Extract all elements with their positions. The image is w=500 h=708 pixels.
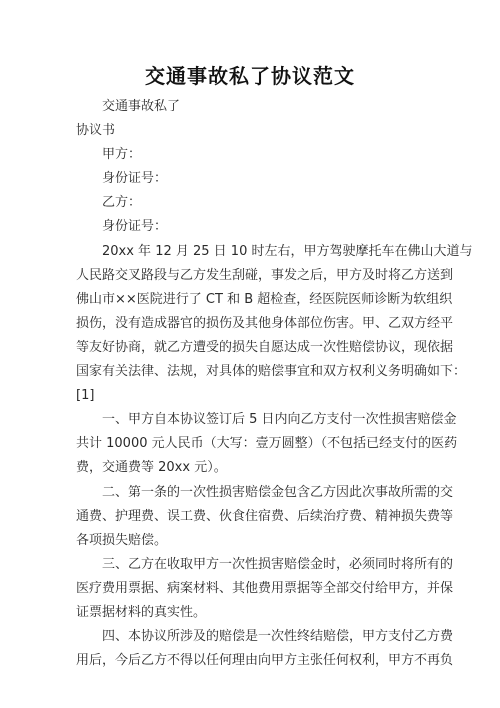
- clause-2-line: 各项损失赔偿。: [76, 529, 416, 553]
- party-b-id-label: 身份证号：: [76, 215, 416, 239]
- clause-4-line: 用后，今后乙方不得以任何理由向甲方主张任何权利，甲方不再负: [76, 649, 416, 673]
- clause-3-line: 证票据材料的真实性。: [76, 601, 416, 625]
- party-b-label: 乙方：: [76, 191, 416, 215]
- party-a-label: 甲方：: [76, 143, 416, 167]
- paragraph-line: 佛山市××医院进行了 CT 和 B 超检查，经医院医师诊断为软组织: [76, 288, 416, 312]
- clause-4-line: 四、本协议所涉及的赔偿是一次性终结赔偿，甲方支付乙方费: [76, 625, 416, 649]
- clause-3-line: 医疗费用票据、病案材料、其他费用票据等全部交付给甲方，并保: [76, 577, 416, 601]
- footnote-reference: [1]: [76, 384, 416, 408]
- clause-3-line: 三、乙方在收取甲方一次性损害赔偿金时，必须同时将所有的: [76, 553, 416, 577]
- paragraph-line: 等友好协商，就乙方遭受的损失自愿达成一次性赔偿协议，现依据: [76, 336, 416, 360]
- document-body: 交通事故私了 协议书 甲方： 身份证号： 乙方： 身份证号： 20xx 年 12…: [76, 95, 416, 673]
- clause-1-line: 费，交通费等 20xx 元）。: [76, 456, 416, 480]
- clause-1-line: 一、甲方自本协议签订后 5 日内向乙方支付一次性损害赔偿金: [76, 408, 416, 432]
- party-a-id-label: 身份证号：: [76, 167, 416, 191]
- document-page: 交通事故私了协议范文 交通事故私了 协议书 甲方： 身份证号： 乙方： 身份证号…: [0, 0, 500, 708]
- subtitle-line: 交通事故私了: [76, 95, 416, 119]
- paragraph-line: 20xx 年 12 月 25 日 10 时左右，甲方驾驶摩托车在佛山大道与: [76, 240, 416, 264]
- document-title: 交通事故私了协议范文: [0, 60, 500, 89]
- paragraph-line: 国家有关法律、法规，对具体的赔偿事宜和双方权利义务明确如下：: [76, 360, 416, 384]
- paragraph-line: 损伤，没有造成器官的损伤及其他身体部位伤害。甲、乙双方经平: [76, 312, 416, 336]
- paragraph-line: 人民路交叉路段与乙方发生刮碰，事发之后，甲方及时将乙方送到: [76, 264, 416, 288]
- agreement-heading: 协议书: [76, 119, 416, 143]
- clause-1-line: 共计 10000 元人民币（大写：壹万圆整）（不包括已经支付的医药: [76, 432, 416, 456]
- clause-2-line: 通费、护理费、误工费、伙食住宿费、后续治疗费、精神损失费等: [76, 505, 416, 529]
- clause-2-line: 二、第一条的一次性损害赔偿金包含乙方因此次事故所需的交: [76, 481, 416, 505]
